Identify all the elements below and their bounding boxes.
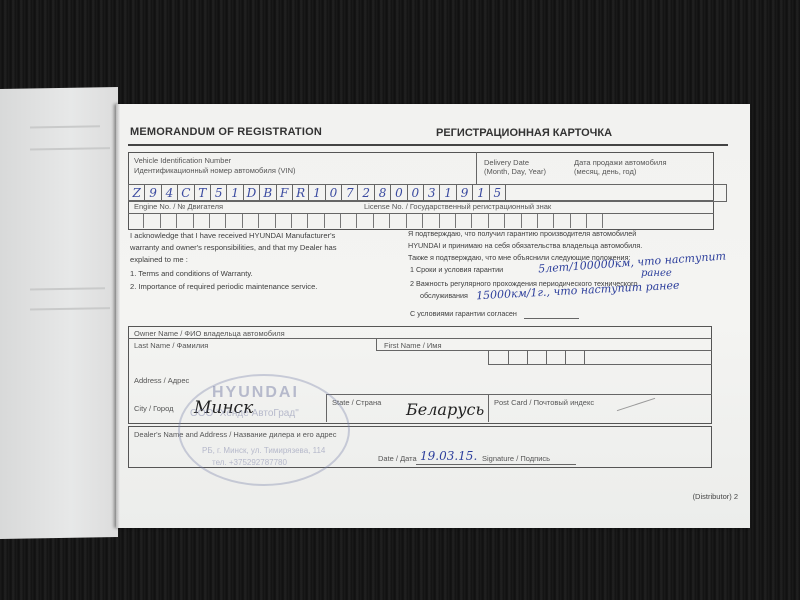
divider: [476, 152, 477, 184]
license-char-cell[interactable]: [472, 214, 488, 228]
license-char-cell[interactable]: [440, 214, 456, 228]
left-page: [0, 87, 118, 539]
state-value: Беларусь: [406, 400, 484, 419]
engine-char-cell[interactable]: [341, 214, 357, 228]
dealer-stamp: HYUNDAI ООО "Хенде АвтоГрад" РБ, г. Минс…: [178, 374, 350, 486]
engine-label: Engine No. / № Двигателя: [134, 202, 223, 211]
license-char-cell[interactable]: [587, 214, 603, 228]
license-char-cell[interactable]: [423, 214, 439, 228]
license-char-cell[interactable]: [489, 214, 505, 228]
engine-char-cell[interactable]: [226, 214, 242, 228]
license-char-cell[interactable]: [390, 214, 406, 228]
license-char-cell[interactable]: [505, 214, 521, 228]
vin-label-ru: Идентификационный номер автомобиля (VIN): [134, 166, 296, 175]
engine-char-cell[interactable]: [210, 214, 226, 228]
engine-char-cell[interactable]: [243, 214, 259, 228]
stamp-company: ООО "Хенде АвтоГрад": [190, 408, 299, 419]
divider: [376, 350, 712, 351]
engine-char-cell[interactable]: [276, 214, 292, 228]
ack-en-line2: warranty and owner's responsibilities, a…: [130, 242, 337, 254]
divider: [128, 338, 712, 339]
faded-text: [30, 307, 110, 310]
signature-line: [416, 464, 576, 465]
divider: [584, 350, 585, 364]
ack-en-item1: 1. Terms and conditions of Warranty.: [130, 268, 253, 280]
page-footer: (Distributor) 2: [693, 492, 738, 501]
engine-char-cell[interactable]: [259, 214, 275, 228]
ack-en-line1: I acknowledge that I have received HYUND…: [130, 230, 335, 242]
ack-en-item2: 2. Importance of required periodic maint…: [130, 281, 317, 293]
divider: [376, 338, 377, 350]
delivery-date-format-ru: (месяц, день, год): [574, 167, 636, 176]
divider: [565, 350, 566, 364]
stamp-brand: HYUNDAI: [212, 384, 299, 402]
date-label: Date / Дата: [378, 454, 417, 463]
engine-char-cell[interactable]: [177, 214, 193, 228]
license-char-cell[interactable]: [571, 214, 587, 228]
title-russian: РЕГИСТРАЦИОННАЯ КАРТОЧКА: [436, 127, 612, 139]
license-label: License No. / Государственный регистраци…: [364, 202, 551, 211]
faded-text: [30, 125, 100, 128]
engine-char-cell[interactable]: [144, 214, 160, 228]
delivery-date-label-ru: Дата продажи автомобиля: [574, 158, 667, 167]
address-label[interactable]: Address / Адрес: [134, 376, 189, 385]
divider: [326, 394, 712, 395]
ack-ru-item1: 1 Сроки и условия гарантии: [410, 264, 503, 276]
ack-ru-line1: Я подтверждаю, что получил гарантию прои…: [408, 228, 636, 240]
last-name-label[interactable]: Last Name / Фамилия: [134, 341, 208, 350]
engine-char-cell[interactable]: [128, 214, 144, 228]
delivery-date-format-en: (Month, Day, Year): [484, 167, 546, 176]
date-value: 19.03.15.: [420, 449, 477, 463]
engine-char-cell[interactable]: [161, 214, 177, 228]
divider: [488, 394, 489, 422]
title-english: MEMORANDUM OF REGISTRATION: [130, 126, 322, 138]
vin-label-en: Vehicle Identification Number: [134, 156, 231, 165]
warranty-terms-handwritten-2: ранее: [641, 268, 672, 279]
engine-char-cell[interactable]: [292, 214, 308, 228]
engine-char-cell[interactable]: [194, 214, 210, 228]
delivery-date-label-en: Delivery Date: [484, 158, 529, 167]
city-label[interactable]: City / Город: [134, 404, 173, 413]
postcode-label[interactable]: Post Card / Почтовый индекс: [494, 398, 594, 407]
license-char-cell[interactable]: [456, 214, 472, 228]
engine-number-field[interactable]: [128, 214, 374, 228]
stamp-address: РБ, г. Минск, ул. Тимирязева, 114: [202, 446, 325, 455]
divider: [128, 200, 714, 201]
divider: [546, 350, 547, 364]
first-name-label[interactable]: First Name / Имя: [384, 341, 442, 350]
ack-en-line3: explained to me :: [130, 254, 188, 266]
divider: [488, 350, 489, 364]
engine-char-cell[interactable]: [357, 214, 373, 228]
license-number-field[interactable]: [374, 214, 603, 228]
ack-ru-item2-cont: обслуживания: [420, 290, 468, 302]
engine-char-cell[interactable]: [325, 214, 341, 228]
vin-field[interactable]: Z94CT51DBFR107280031915: [128, 184, 727, 200]
divider: [527, 350, 528, 364]
engine-char-cell[interactable]: [308, 214, 324, 228]
license-char-cell[interactable]: [554, 214, 570, 228]
agree-signature-line[interactable]: [524, 318, 579, 319]
license-char-cell[interactable]: [538, 214, 554, 228]
license-char-cell[interactable]: [522, 214, 538, 228]
page-spine: [116, 104, 120, 528]
faded-text: [30, 287, 105, 290]
registration-page: MEMORANDUM OF REGISTRATION РЕГИСТРАЦИОНН…: [116, 104, 750, 528]
license-char-cell[interactable]: [374, 214, 390, 228]
signature-label[interactable]: Signature / Подпись: [482, 454, 550, 463]
license-char-cell[interactable]: [407, 214, 423, 228]
faded-text: [30, 147, 110, 150]
agree-label: С условиями гарантии согласен: [410, 308, 517, 320]
divider: [488, 364, 712, 365]
owner-section-label: Owner Name / ФИО владельца автомобиля: [134, 329, 285, 338]
divider: [508, 350, 509, 364]
ack-ru-line2: HYUNDAI и принимаю на себя обязательства…: [408, 240, 642, 252]
stamp-phone: тел. +375292787780: [212, 458, 287, 467]
title-divider: [128, 144, 728, 146]
